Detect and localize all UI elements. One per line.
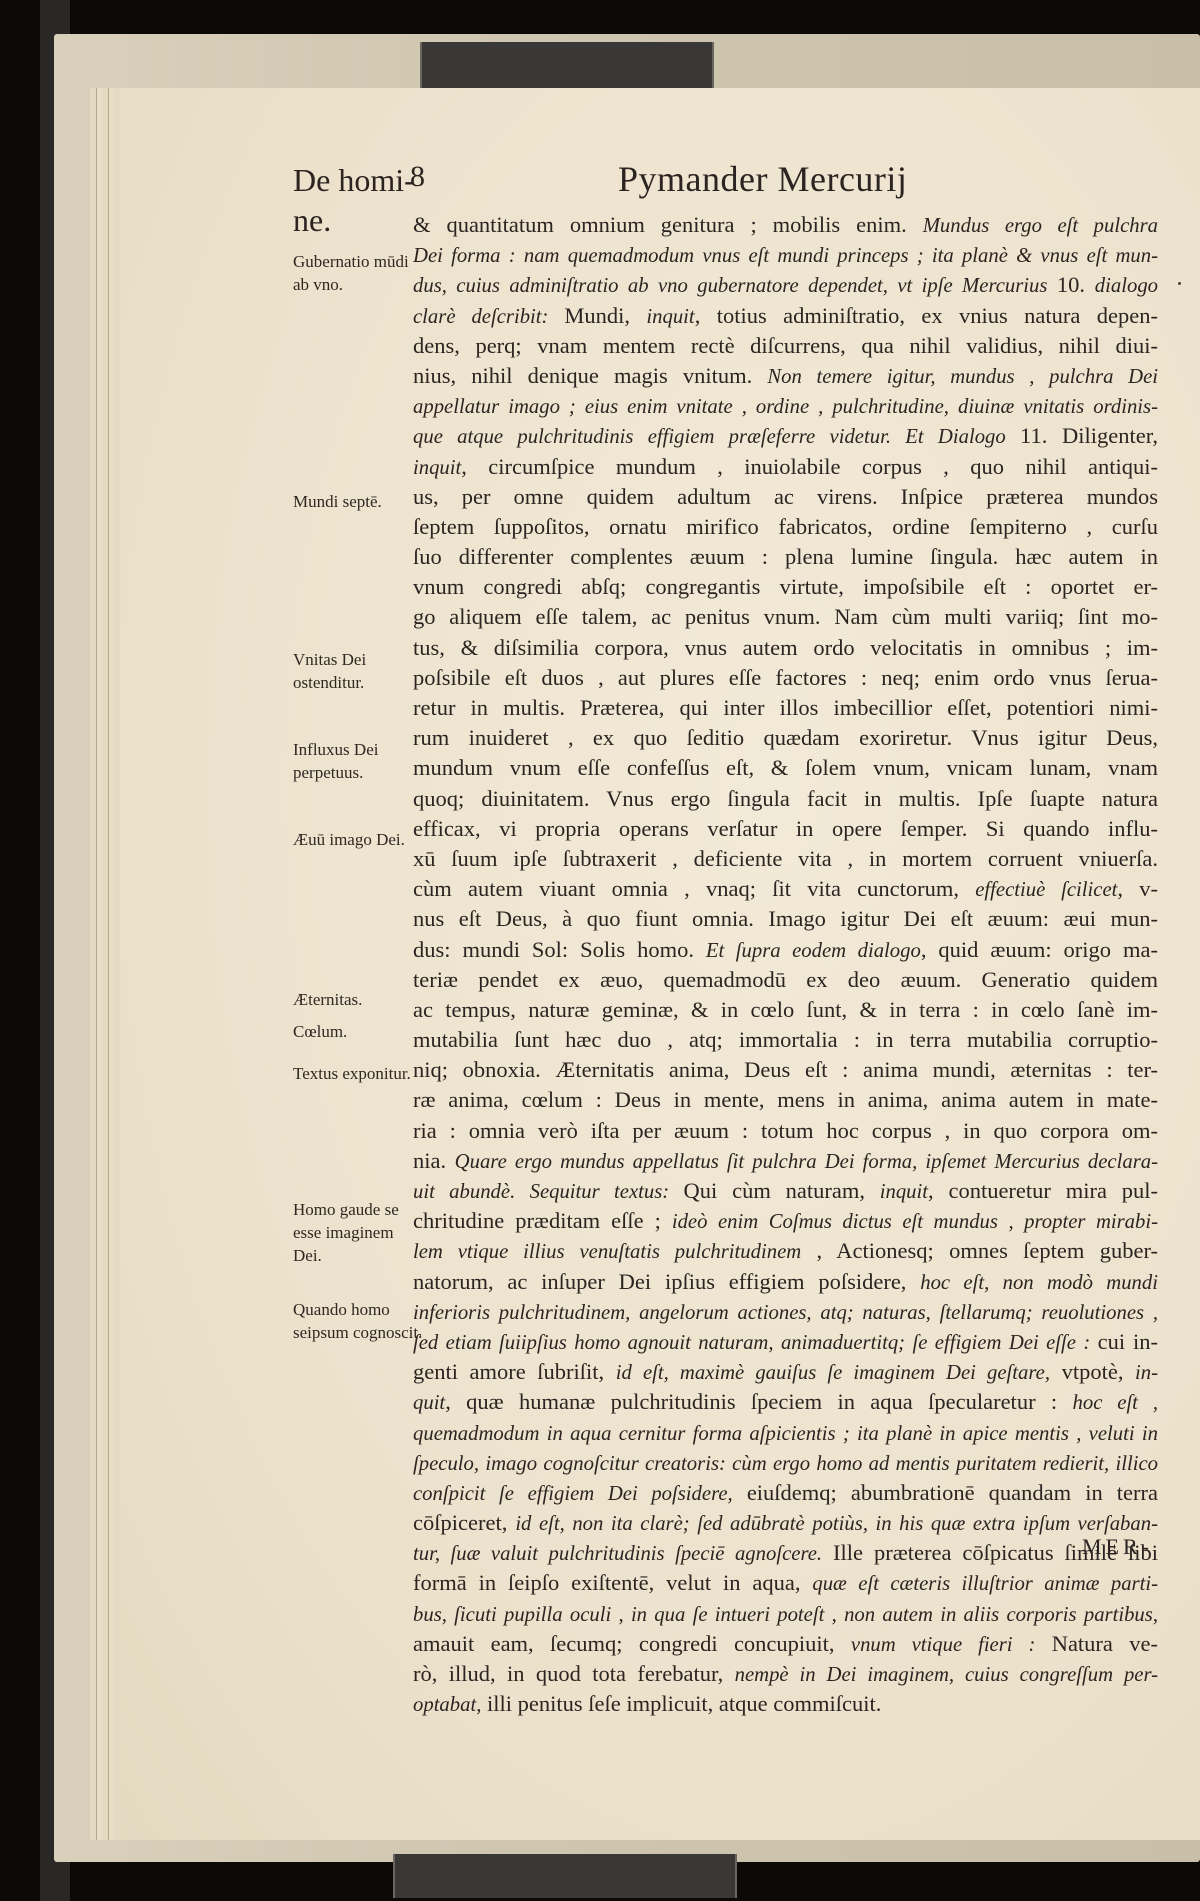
text-line: vnum congredi abſq; congregantis virtute… bbox=[413, 572, 1158, 602]
italic-span: quemadmodum in aqua cernitur forma aſpic… bbox=[413, 1423, 1158, 1445]
roman-span: mutabilia ſunt hæc duo , atq; immortalia… bbox=[413, 1027, 1158, 1052]
margin-note: Textus exponitur. bbox=[293, 1062, 423, 1085]
roman-span: chritudine præditam eſſe ; bbox=[413, 1208, 672, 1233]
italic-span: uit abundè. Sequitur textus: bbox=[413, 1181, 684, 1203]
text-line: tus, & diſsimilia corpora, vnus autem or… bbox=[413, 633, 1158, 663]
roman-span: us, per omne quidem adultum ac virens. I… bbox=[413, 484, 1158, 509]
roman-span: dens, perq; vnam mentem rectè diſcurrens… bbox=[413, 333, 1158, 358]
text-line: nia. Quare ergo mundus appellatus ſit pu… bbox=[413, 1146, 1158, 1176]
roman-span: teriæ pendet ex æuo, quemadmodū ex deo æ… bbox=[413, 967, 1158, 992]
roman-span: cōſpiceret, bbox=[413, 1510, 515, 1535]
text-line: uit abundè. Sequitur textus: Qui cùm nat… bbox=[413, 1176, 1158, 1206]
italic-span: optabat, bbox=[413, 1694, 481, 1716]
roman-span: nius, nihil denique magis vnitum. bbox=[413, 363, 767, 388]
italic-span: inquit bbox=[413, 457, 461, 479]
text-line: nus eſt Deus, à quo fiunt omnia. Imago i… bbox=[413, 904, 1158, 934]
italic-span: lem vtique illius venuſtatis pulchritudi… bbox=[413, 1241, 801, 1263]
text-line: appellatur imago ; eius enim vnitate , o… bbox=[413, 391, 1158, 421]
ink-speck bbox=[1178, 282, 1181, 285]
text-line: optabat, illi penitus ſeſe implicuit, at… bbox=[413, 1689, 1158, 1719]
roman-span: mundum vnum eſſe confeſſus eſt, & ſolem … bbox=[413, 755, 1158, 780]
margin-note: Gubernatio mūdi ab vno. bbox=[293, 250, 423, 296]
roman-span: eiuſdemq; abumbrationē quandam in terra bbox=[733, 1480, 1158, 1505]
catchword: MER- bbox=[1082, 1534, 1153, 1560]
roman-span: , totius adminiſtratio, ex vnius natura … bbox=[695, 303, 1158, 328]
roman-span: 10. bbox=[1057, 272, 1095, 297]
text-line: rum inuideret , ex quo ſeditio quædam ex… bbox=[413, 723, 1158, 753]
roman-span: xū ſuum ipſe ſubtraxerit , deficiente vi… bbox=[413, 846, 1158, 871]
roman-span: niq; obnoxia. Æternitatis anima, Deus eſ… bbox=[413, 1057, 1158, 1082]
roman-span: quoq; diuinitatem. Vnus ergo ſingula fac… bbox=[413, 786, 1158, 811]
text-line: quoq; diuinitatem. Vnus ergo ſingula fac… bbox=[413, 784, 1158, 814]
roman-span: amauit eam, ſecumq; congredi concupiuit, bbox=[413, 1631, 851, 1656]
italic-span: hoc eſt, non modò mundi bbox=[920, 1272, 1158, 1294]
text-line: chritudine præditam eſſe ; ideò enim Coſ… bbox=[413, 1206, 1158, 1236]
italic-span: conſpicit ſe effigiem Dei poſsidere, bbox=[413, 1483, 733, 1505]
roman-span: efficax, vi propria operans verſatur in … bbox=[413, 816, 1158, 841]
roman-span: vnum congredi abſq; congregantis virtute… bbox=[413, 574, 1158, 599]
italic-span: clarè deſcribit: bbox=[413, 306, 564, 328]
text-line: go aliquem eſſe talem, ac penitus vnum. … bbox=[413, 602, 1158, 632]
margin-note: Æuū imago Dei. bbox=[293, 828, 423, 851]
italic-span: quit bbox=[413, 1392, 445, 1414]
text-line: mutabilia ſunt hæc duo , atq; immortalia… bbox=[413, 1025, 1158, 1055]
roman-span: nus eſt Deus, à quo fiunt omnia. Imago i… bbox=[413, 906, 1158, 931]
italic-span: inquit bbox=[880, 1181, 928, 1203]
roman-span: formā in ſeipſo exiſtentē, velut in aqua… bbox=[413, 1570, 812, 1595]
body-text: & quantitatum omnium genitura ; mobilis … bbox=[413, 210, 1158, 1719]
text-line: tur, ſuæ valuit pulchritudinis ſpeciē ag… bbox=[413, 1538, 1158, 1568]
text-line: ſpeculo, imago cognoſcitur creatoris: cù… bbox=[413, 1448, 1158, 1478]
margin-label-line1: De homi- bbox=[293, 160, 415, 200]
margin-note: Mundi septē. bbox=[293, 490, 423, 513]
italic-span: in- bbox=[1135, 1362, 1158, 1384]
italic-span: dus, cuius adminiſtratio ab vno gubernat… bbox=[413, 275, 1057, 297]
roman-span: rum inuideret , ex quo ſeditio quædam ex… bbox=[413, 725, 1158, 750]
margin-note: Quando homo seipsum cognoscit. bbox=[293, 1298, 423, 1344]
margin-label-line2: ne. bbox=[293, 200, 415, 240]
roman-span: Natura ve- bbox=[1035, 1631, 1158, 1656]
italic-span: ideò enim Coſmus dictus eſt mundus , pro… bbox=[672, 1211, 1158, 1233]
text-line: ria : omnia verò iſta per æuum : totum h… bbox=[413, 1116, 1158, 1146]
text-line: conſpicit ſe effigiem Dei poſsidere, eiu… bbox=[413, 1478, 1158, 1508]
roman-span: genti amore ſubriſit, bbox=[413, 1359, 616, 1384]
running-head-title: Pymander Mercurij bbox=[618, 158, 907, 200]
text-line: ſeptem ſuppoſitos, ornatu mirifico fabri… bbox=[413, 512, 1158, 542]
roman-span: nia. bbox=[413, 1148, 455, 1173]
text-line: ræ anima, cœlum : Deus in mente, mens in… bbox=[413, 1085, 1158, 1115]
text-line: Dei forma : nam quemadmodum vnus eſt mun… bbox=[413, 240, 1158, 270]
text-line: poſsibile eſt duos , aut plures eſſe fac… bbox=[413, 663, 1158, 693]
italic-span: vnum vtique fieri : bbox=[851, 1634, 1035, 1656]
text-line: xū ſuum ipſe ſubtraxerit , deficiente vi… bbox=[413, 844, 1158, 874]
text-line: clarè deſcribit: Mundi, inquit, totius a… bbox=[413, 301, 1158, 331]
italic-span: appellatur imago ; eius enim vnitate , o… bbox=[413, 396, 1158, 418]
italic-span: dialogo bbox=[1095, 275, 1158, 297]
margin-note: Æternitas. bbox=[293, 988, 423, 1011]
text-line: ſed etiam ſuiipſius homo agnouit naturam… bbox=[413, 1327, 1158, 1357]
roman-span: , contueretur mira pul- bbox=[928, 1178, 1158, 1203]
roman-span: & quantitatum omnium genitura ; mobilis … bbox=[413, 212, 923, 237]
italic-span: inquit bbox=[646, 306, 694, 328]
page-number: 8 bbox=[410, 160, 425, 194]
roman-span: cùm autem viuant omnia , vnaq; ſit vita … bbox=[413, 876, 975, 901]
text-line: inquit, circumſpice mundum , inuiolabile… bbox=[413, 452, 1158, 482]
italic-span: tur, ſuæ valuit pulchritudinis ſpeciē ag… bbox=[413, 1543, 822, 1565]
text-line: genti amore ſubriſit, id eſt, maximè gau… bbox=[413, 1357, 1158, 1387]
roman-span: 11. Diligenter, bbox=[1020, 423, 1158, 448]
italic-span: id eſt, non ita clarè; ſed adūbratè poti… bbox=[515, 1513, 1158, 1535]
text-line: amauit eam, ſecumq; congredi concupiuit,… bbox=[413, 1629, 1158, 1659]
text-line: mundum vnum eſſe confeſſus eſt, & ſolem … bbox=[413, 753, 1158, 783]
roman-span: go aliquem eſſe talem, ac penitus vnum. … bbox=[413, 604, 1158, 629]
italic-span: nempè in Dei imaginem, cuius congreſſum … bbox=[735, 1664, 1158, 1686]
text-line: formā in ſeipſo exiſtentē, velut in aqua… bbox=[413, 1568, 1158, 1598]
text-line: dus: mundi Sol: Solis homo. Et ſupra eod… bbox=[413, 935, 1158, 965]
text-line: nius, nihil denique magis vnitum. Non te… bbox=[413, 361, 1158, 391]
roman-span: Mundi, bbox=[564, 303, 646, 328]
running-head-margin-label: De homi- ne. bbox=[293, 160, 415, 240]
italic-span: que atque pulchritudinis effigiem præſef… bbox=[413, 426, 1020, 448]
italic-span: quæ eſt cæteris illuſtrior animæ parti- bbox=[812, 1573, 1158, 1595]
italic-span: Et ſupra eodem dialogo bbox=[706, 940, 921, 962]
text-line: cùm autem viuant omnia , vnaq; ſit vita … bbox=[413, 874, 1158, 904]
roman-span: tus, & diſsimilia corpora, vnus autem or… bbox=[413, 635, 1158, 660]
roman-span: ria : omnia verò iſta per æuum : totum h… bbox=[413, 1118, 1158, 1143]
text-line: rò, illud, in quod tota ferebatur, nempè… bbox=[413, 1659, 1158, 1689]
italic-span: id eſt, maximè gauiſus ſe imaginem Dei g… bbox=[616, 1362, 1050, 1384]
text-line: que atque pulchritudinis effigiem præſef… bbox=[413, 421, 1158, 451]
text-line: ſuo differenter complentes æuum : plena … bbox=[413, 542, 1158, 572]
italic-span: Non temere igitur, mundus , pulchra Dei bbox=[767, 366, 1158, 388]
text-line: dens, perq; vnam mentem rectè diſcurrens… bbox=[413, 331, 1158, 361]
text-line: inferioris pulchritudinem, angelorum act… bbox=[413, 1297, 1158, 1327]
italic-span: ſpeculo, imago cognoſcitur creatoris: cù… bbox=[413, 1453, 1158, 1475]
italic-span: Dei forma : nam quemadmodum vnus eſt mun… bbox=[413, 245, 1158, 267]
italic-span: effectiuè ſcilicet bbox=[975, 879, 1117, 901]
roman-span: , quæ humanæ pulchritudinis ſpeciem in a… bbox=[445, 1389, 1072, 1414]
italic-span: Quare ergo mundus appellatus ſit pulchra… bbox=[455, 1151, 1158, 1173]
roman-span: , quid æuum: origo ma- bbox=[921, 937, 1158, 962]
roman-span: cui in- bbox=[1098, 1329, 1158, 1354]
italic-span: Mundus ergo eſt pulchra bbox=[923, 215, 1158, 237]
roman-span: ac tempus, naturæ geminæ, & in cœlo ſunt… bbox=[413, 997, 1158, 1022]
roman-span: vtpotè, bbox=[1050, 1359, 1135, 1384]
roman-span: ſeptem ſuppoſitos, ornatu mirifico fabri… bbox=[413, 514, 1158, 539]
roman-span: rò, illud, in quod tota ferebatur, bbox=[413, 1661, 735, 1686]
roman-span: poſsibile eſt duos , aut plures eſſe fac… bbox=[413, 665, 1158, 690]
text-line: dus, cuius adminiſtratio ab vno gubernat… bbox=[413, 270, 1158, 300]
roman-span: ſuo differenter complentes æuum : plena … bbox=[413, 544, 1158, 569]
roman-span: illi penitus ſeſe implicuit, atque commi… bbox=[481, 1691, 881, 1716]
text-line: & quantitatum omnium genitura ; mobilis … bbox=[413, 210, 1158, 240]
text-line: niq; obnoxia. Æternitatis anima, Deus eſ… bbox=[413, 1055, 1158, 1085]
text-line: teriæ pendet ex æuo, quemadmodū ex deo æ… bbox=[413, 965, 1158, 995]
roman-span: natorum, ac inſuper Dei ipſius effigiem … bbox=[413, 1269, 920, 1294]
roman-span: , v- bbox=[1117, 876, 1158, 901]
text-line: quit, quæ humanæ pulchritudinis ſpeciem … bbox=[413, 1387, 1158, 1417]
roman-span: , Actionesq; omnes ſeptem guber- bbox=[801, 1238, 1158, 1263]
italic-span: ſed etiam ſuiipſius homo agnouit naturam… bbox=[413, 1332, 1098, 1354]
text-line: quemadmodum in aqua cernitur forma aſpic… bbox=[413, 1418, 1158, 1448]
spine-band-top bbox=[420, 42, 714, 92]
spine-band-bottom bbox=[393, 1854, 737, 1898]
text-line: bus, ſicuti pupilla oculi , in qua ſe in… bbox=[413, 1599, 1158, 1629]
roman-span: , circumſpice mundum , inuiolabile corpu… bbox=[461, 454, 1158, 479]
text-line: cōſpiceret, id eſt, non ita clarè; ſed a… bbox=[413, 1508, 1158, 1538]
text-line: efficax, vi propria operans verſatur in … bbox=[413, 814, 1158, 844]
roman-span: Qui cùm naturam, bbox=[684, 1178, 880, 1203]
text-line: lem vtique illius venuſtatis pulchritudi… bbox=[413, 1236, 1158, 1266]
margin-note: Homo gaude se esse imaginem Dei. bbox=[293, 1198, 423, 1267]
roman-span: ræ anima, cœlum : Deus in mente, mens in… bbox=[413, 1087, 1158, 1112]
margin-note: Influxus Dei perpetuus. bbox=[293, 738, 423, 784]
text-line: natorum, ac inſuper Dei ipſius effigiem … bbox=[413, 1267, 1158, 1297]
roman-span: dus: mundi Sol: Solis homo. bbox=[413, 937, 706, 962]
roman-span: retur in multis. Præterea, qui inter ill… bbox=[413, 695, 1158, 720]
margin-note: Cœlum. bbox=[293, 1020, 423, 1043]
margin-note: Vnitas Dei ostenditur. bbox=[293, 648, 423, 694]
text-line: ac tempus, naturæ geminæ, & in cœlo ſunt… bbox=[413, 995, 1158, 1025]
text-line: retur in multis. Præterea, qui inter ill… bbox=[413, 693, 1158, 723]
text-line: us, per omne quidem adultum ac virens. I… bbox=[413, 482, 1158, 512]
italic-span: hoc eſt , bbox=[1073, 1392, 1159, 1414]
italic-span: bus, ſicuti pupilla oculi , in qua ſe in… bbox=[413, 1604, 1158, 1626]
italic-span: inferioris pulchritudinem, angelorum act… bbox=[413, 1302, 1158, 1324]
